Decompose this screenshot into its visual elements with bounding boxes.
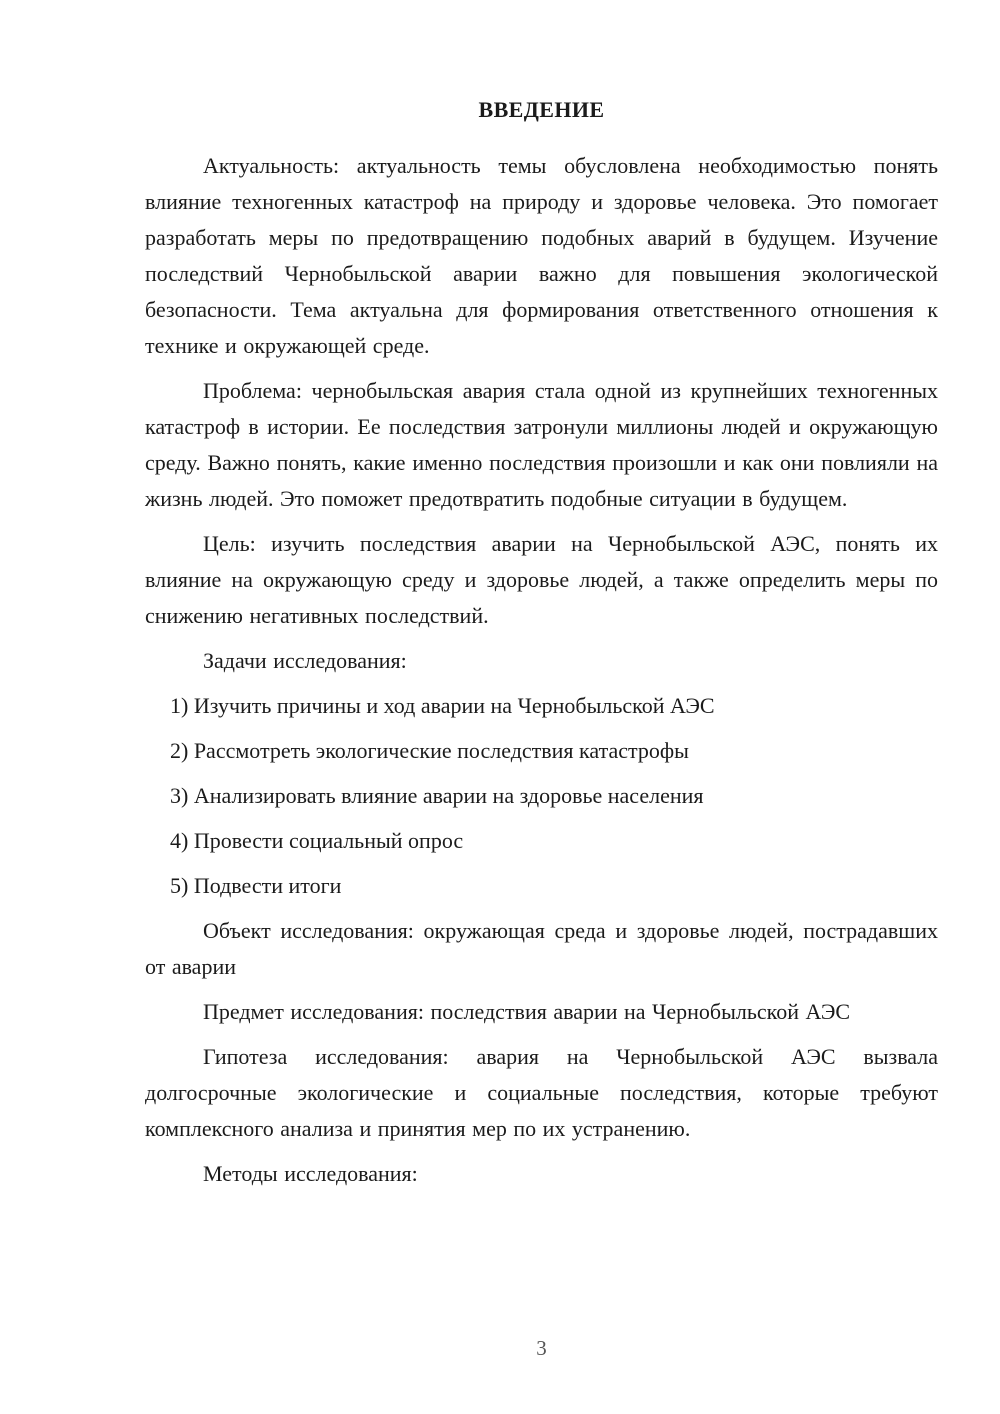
document-page: ВВЕДЕНИЕ Актуальность: актуальность темы… bbox=[0, 0, 1000, 1414]
paragraph-subject: Предмет исследования: последствия аварии… bbox=[145, 994, 938, 1030]
task-item-4: 4) Провести социальный опрос bbox=[170, 823, 938, 859]
task-item-3: 3) Анализировать влияние аварии на здоро… bbox=[170, 778, 938, 814]
paragraph-hypothesis: Гипотеза исследования: авария на Чернобы… bbox=[145, 1039, 938, 1147]
paragraph-goal: Цель: изучить последствия аварии на Черн… bbox=[145, 526, 938, 634]
page-title: ВВЕДЕНИЕ bbox=[145, 98, 938, 122]
paragraph-problem: Проблема: чернобыльская авария стала одн… bbox=[145, 373, 938, 517]
task-item-5: 5) Подвести итоги bbox=[170, 868, 938, 904]
page-number: 3 bbox=[145, 1336, 938, 1360]
paragraph-object: Объект исследования: окружающая среда и … bbox=[145, 913, 938, 985]
paragraph-methods-heading: Методы исследования: bbox=[145, 1156, 938, 1192]
task-item-2: 2) Рассмотреть экологические последствия… bbox=[170, 733, 938, 769]
paragraph-relevance: Актуальность: актуальность темы обусловл… bbox=[145, 148, 938, 364]
task-item-1: 1) Изучить причины и ход аварии на Черно… bbox=[170, 688, 938, 724]
paragraph-tasks-heading: Задачи исследования: bbox=[145, 643, 938, 679]
